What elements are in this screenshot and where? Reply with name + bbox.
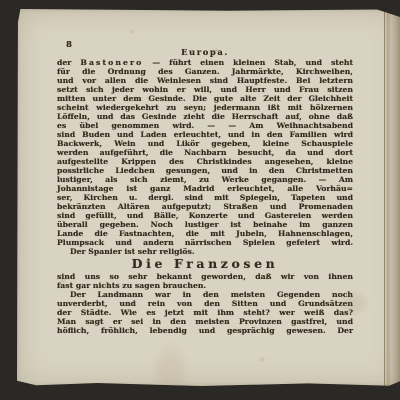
paragraph-french: sind uns so sehr bekannt geworden, daß w… [57,272,353,335]
page-sections: der Bastonero — führt einen kleinen Stab… [57,58,353,335]
text-line: unverderbt, und rein von den Sitten und … [57,299,353,308]
letterspaced-word: Bastonero [80,58,143,67]
text-line: der Bastonero — führt einen kleinen Stab… [57,58,353,67]
text-line: sind uns so sehr bekannt geworden, daß w… [57,272,353,281]
text-line: Man sagt er sei in den meisten Provinzen… [57,317,353,326]
page-fold-shadow [384,9,400,386]
book-page: 8 Europa. der Bastonero — führt einen kl… [17,9,400,386]
text-line: fast gar nichts zu sagen brauchen. [57,281,353,290]
text-line: ser, Kirchen u. dergl. sind mit Spiegeln… [57,193,353,202]
text-line: werden aufgeführt, die Nachbarn besucht,… [57,148,353,157]
text-line: Johannistage ist ganz Madrid erleuchtet,… [57,184,353,193]
page-header: 8 Europa. [57,40,353,50]
text-line: höflich, fröhlich, lebendig und gespräch… [57,326,353,335]
text-line: sind gefüllt, und Bälle, Konzerte und Ga… [57,211,353,220]
text-line: lustiger, als sich ziemt, zu Werke gegan… [57,175,353,184]
text-line: setzt sich jeder wohin er will, und Herr… [57,85,353,94]
text-line: Der Landmann war in den meisten Gegenden… [57,290,353,299]
running-header: Europa. [181,47,229,57]
text-line: Der Spanier ist sehr religiös. [57,247,353,256]
text-block: 8 Europa. der Bastonero — führt einen kl… [57,40,353,335]
text-line: bekränzten Altären aufgeputzt; Straßen u… [57,202,353,211]
text-line: Lande die Fastnachten, die mit Jubeln, H… [57,229,353,238]
heading-die-franzosen: Die Franzosen [57,257,353,270]
page-number: 8 [66,40,72,50]
scan-background: 8 Europa. der Bastonero — führt einen kl… [0,0,400,400]
text-line: der Städte. Wie es jetzt mit ihm steht? … [57,308,353,317]
text-line: mitten unter dem Gesinde. Die gute alte … [57,94,353,103]
text-line: possirliche Liedchen gesungen, und in de… [57,166,353,175]
text-line: scheint wiedergekehrt zu seyn; jedermann… [57,103,353,112]
paragraph-spaniards: der Bastonero — führt einen kleinen Stab… [57,58,353,256]
text-line: sind Buden und Laden erleuchtet, und in … [57,130,353,139]
text-line: überall gegeben. Noch lustiger ist beina… [57,220,353,229]
text-line: Backwerk, Wein und Likör gegeben, kleine… [57,139,353,148]
text-line: Plumpsack und andern närrischen Spielen … [57,238,353,247]
text-line: aufgestellte Krippen des Christkindes an… [57,157,353,166]
text-line: und vor allen die Weinlesen sind Hauptfe… [57,76,353,85]
text-line: es übel genommen wird. — — Am Weihnachts… [57,121,353,130]
text-line: für die Ordnung des Ganzen. Jahrmärkte, … [57,67,353,76]
text-line: Löffeln, und das Gesinde zieht die Herrs… [57,112,353,121]
